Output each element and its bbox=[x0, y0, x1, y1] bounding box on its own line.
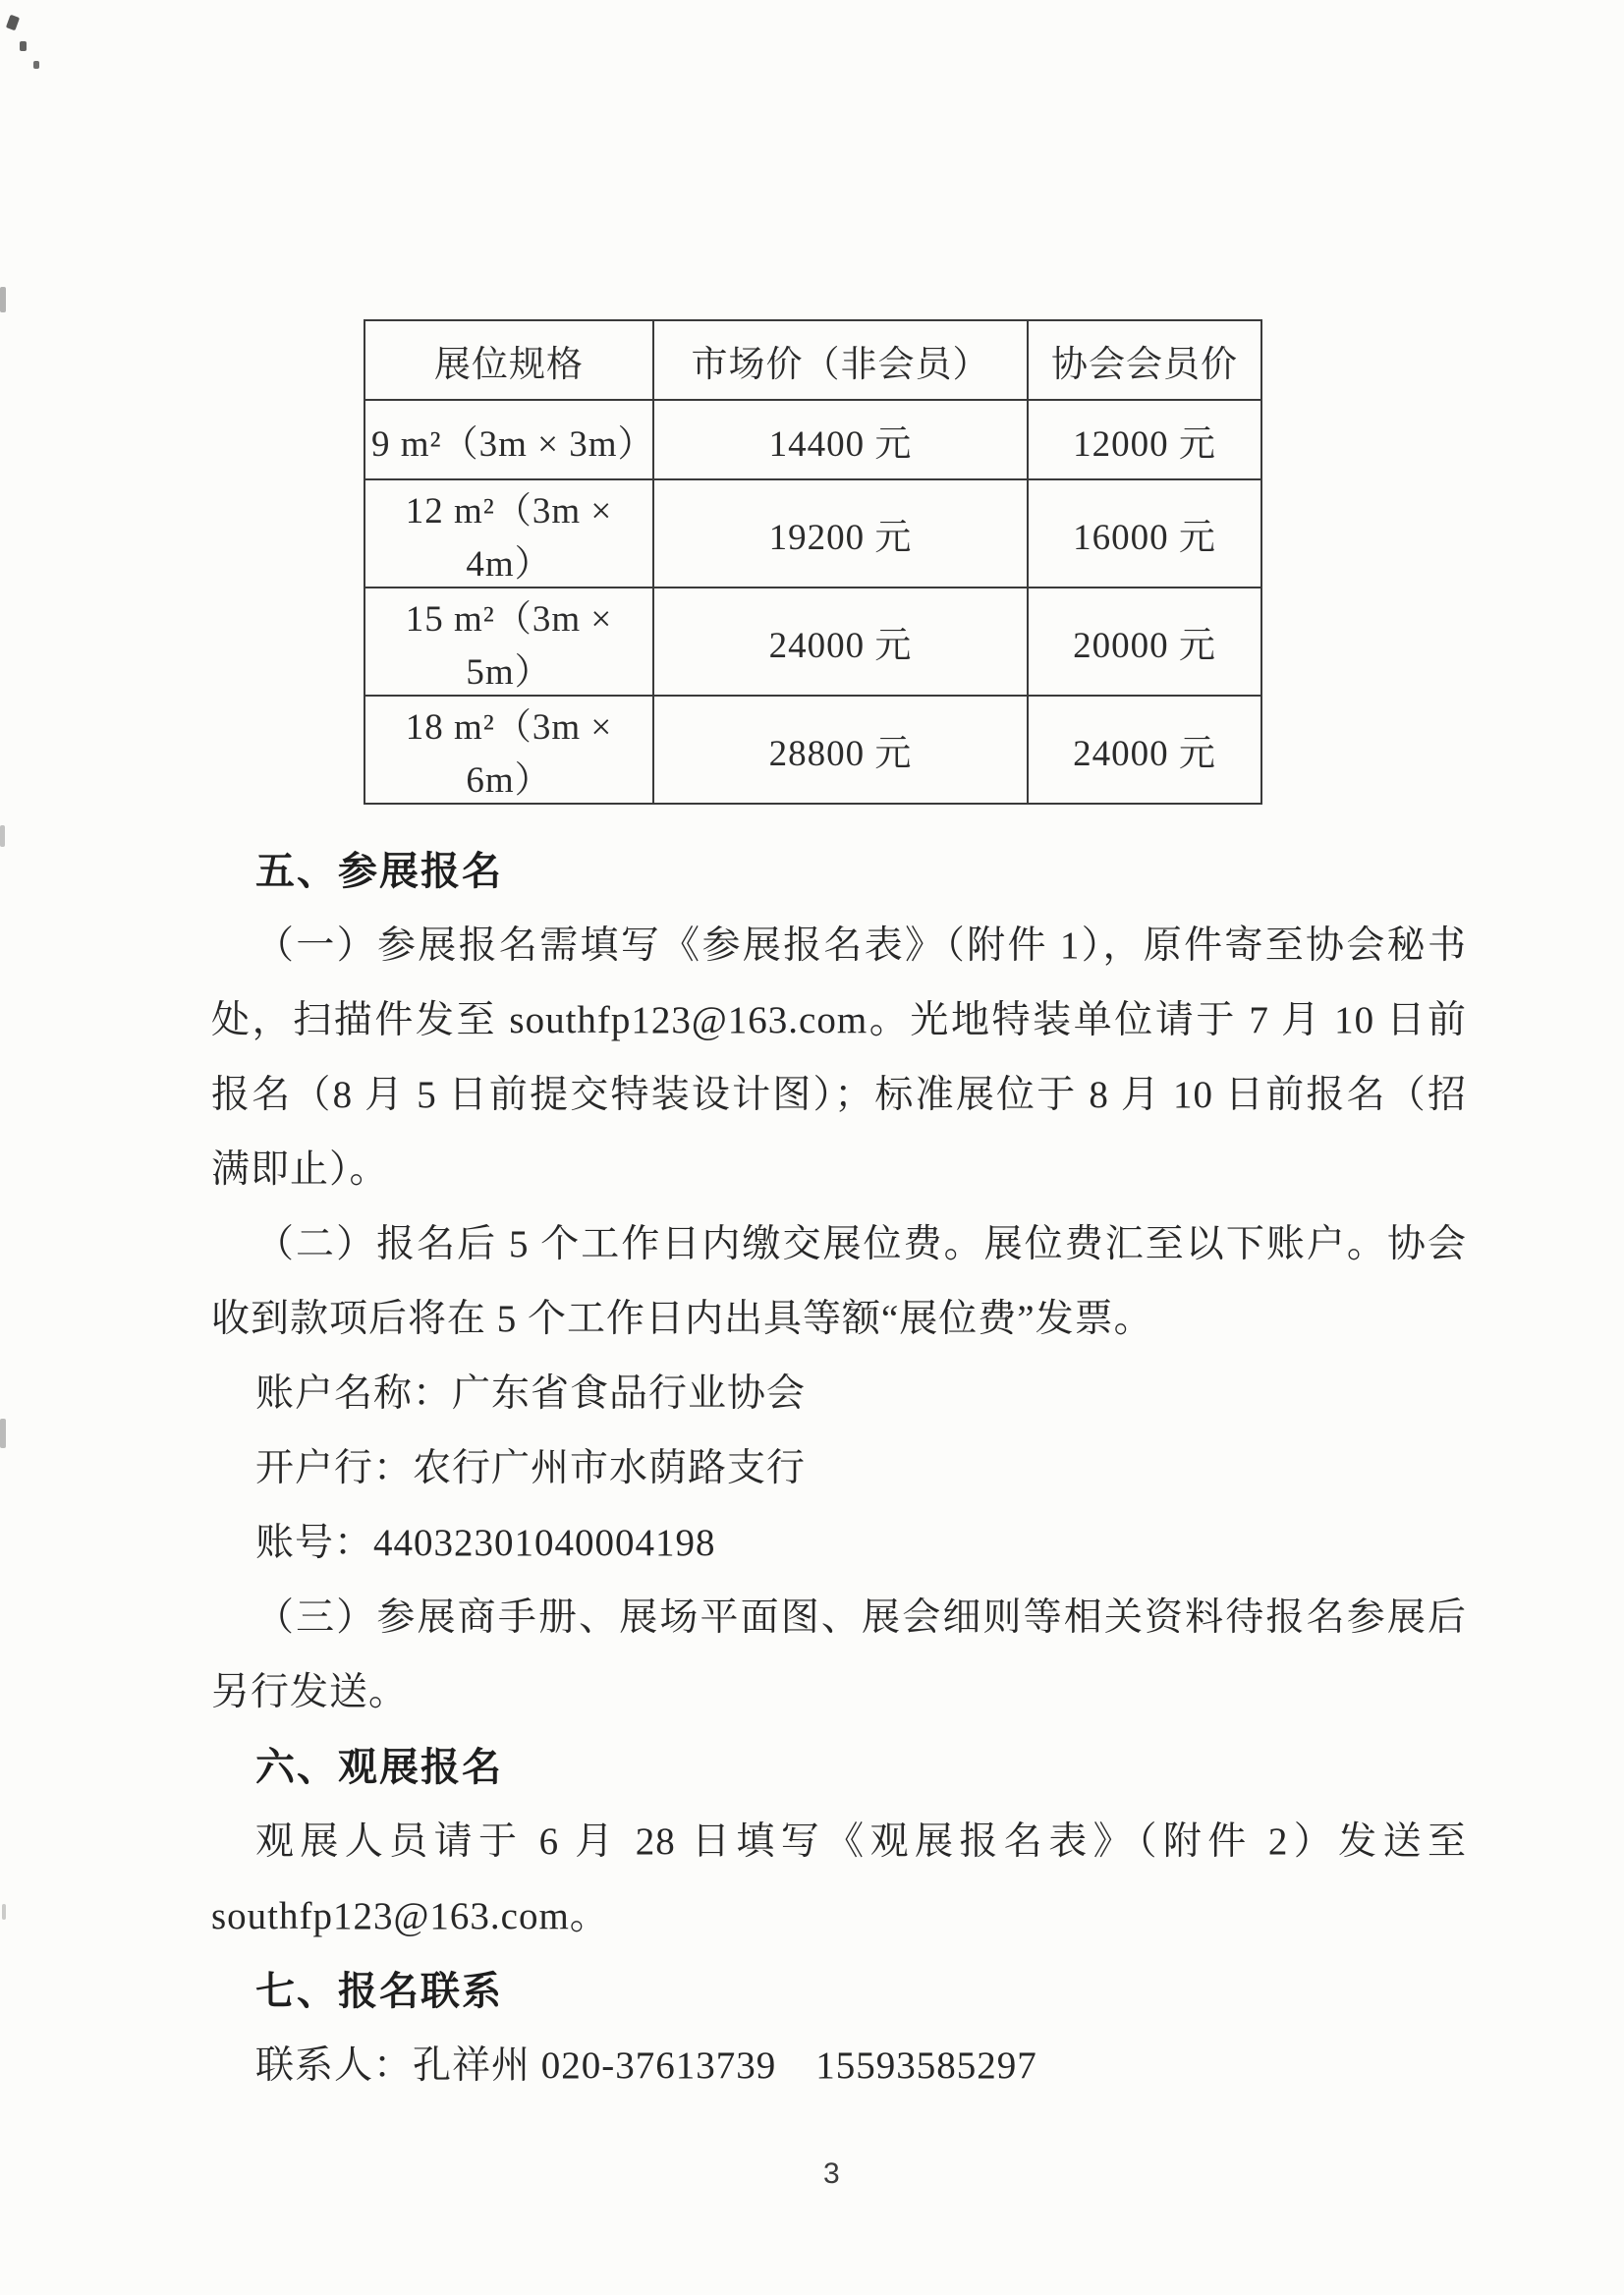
section-5-paragraph-1: （一）参展报名需填写《参展报名表》（附件 1），原件寄至协会秘书处，扫描件发至 … bbox=[211, 909, 1467, 1207]
scan-speck bbox=[0, 287, 6, 312]
cell-spec: 12 m²（3m × 4m） bbox=[364, 479, 653, 588]
table-row: 18 m²（3m × 6m） 28800 元 24000 元 bbox=[364, 696, 1261, 804]
section-5-paragraph-3: （三）参展商手册、展场平面图、展会细则等相关资料待报名参展后另行发送。 bbox=[211, 1581, 1467, 1730]
contact-line: 联系人：孔祥州 020-37613739 15593585297 bbox=[211, 2029, 1467, 2103]
scan-speck bbox=[20, 41, 27, 51]
scan-speck bbox=[33, 61, 39, 69]
scan-speck bbox=[0, 1419, 6, 1448]
bank-name-line: 开户行：农行广州市水荫路支行 bbox=[211, 1431, 1467, 1506]
scan-speck bbox=[6, 15, 20, 31]
account-name-line: 账户名称：广东省食品行业协会 bbox=[211, 1357, 1467, 1431]
document-content: 展位规格 市场价（非会员） 协会会员价 9 m²（3m × 3m） 14400 … bbox=[211, 0, 1467, 2103]
cell-spec: 15 m²（3m × 5m） bbox=[364, 588, 653, 696]
cell-spec: 9 m²（3m × 3m） bbox=[364, 400, 653, 479]
cell-member: 24000 元 bbox=[1028, 696, 1261, 804]
table-row: 9 m²（3m × 3m） 14400 元 12000 元 bbox=[364, 400, 1261, 479]
scanned-document-page: 展位规格 市场价（非会员） 协会会员价 9 m²（3m × 3m） 14400 … bbox=[0, 0, 1624, 2295]
section-7-heading: 七、报名联系 bbox=[255, 1954, 1467, 2029]
booth-price-table: 展位规格 市场价（非会员） 协会会员价 9 m²（3m × 3m） 14400 … bbox=[364, 319, 1262, 805]
table-header-row: 展位规格 市场价（非会员） 协会会员价 bbox=[364, 320, 1261, 400]
account-number-line: 账号：44032301040004198 bbox=[211, 1506, 1467, 1581]
header-booth-spec: 展位规格 bbox=[364, 320, 653, 400]
header-member-price: 协会会员价 bbox=[1028, 320, 1261, 400]
page-number: 3 bbox=[823, 2157, 840, 2191]
cell-member: 12000 元 bbox=[1028, 400, 1261, 479]
scan-speck bbox=[0, 825, 5, 847]
section-6-heading: 六、观展报名 bbox=[255, 1730, 1467, 1805]
cell-member: 20000 元 bbox=[1028, 588, 1261, 696]
section-5-heading: 五、参展报名 bbox=[255, 834, 1467, 909]
cell-market: 19200 元 bbox=[653, 479, 1028, 588]
header-market-price: 市场价（非会员） bbox=[653, 320, 1028, 400]
section-6-paragraph-1: 观展人员请于 6 月 28 日填写《观展报名表》（附件 2）发送至 southf… bbox=[211, 1805, 1467, 1954]
cell-market: 28800 元 bbox=[653, 696, 1028, 804]
cell-member: 16000 元 bbox=[1028, 479, 1261, 588]
scan-speck bbox=[2, 1904, 6, 1920]
cell-market: 14400 元 bbox=[653, 400, 1028, 479]
body-text: 五、参展报名 （一）参展报名需填写《参展报名表》（附件 1），原件寄至协会秘书处… bbox=[211, 834, 1467, 2103]
section-5-paragraph-2: （二）报名后 5 个工作日内缴交展位费。展位费汇至以下账户。协会收到款项后将在 … bbox=[211, 1207, 1467, 1357]
table-row: 12 m²（3m × 4m） 19200 元 16000 元 bbox=[364, 479, 1261, 588]
table-row: 15 m²（3m × 5m） 24000 元 20000 元 bbox=[364, 588, 1261, 696]
cell-market: 24000 元 bbox=[653, 588, 1028, 696]
cell-spec: 18 m²（3m × 6m） bbox=[364, 696, 653, 804]
